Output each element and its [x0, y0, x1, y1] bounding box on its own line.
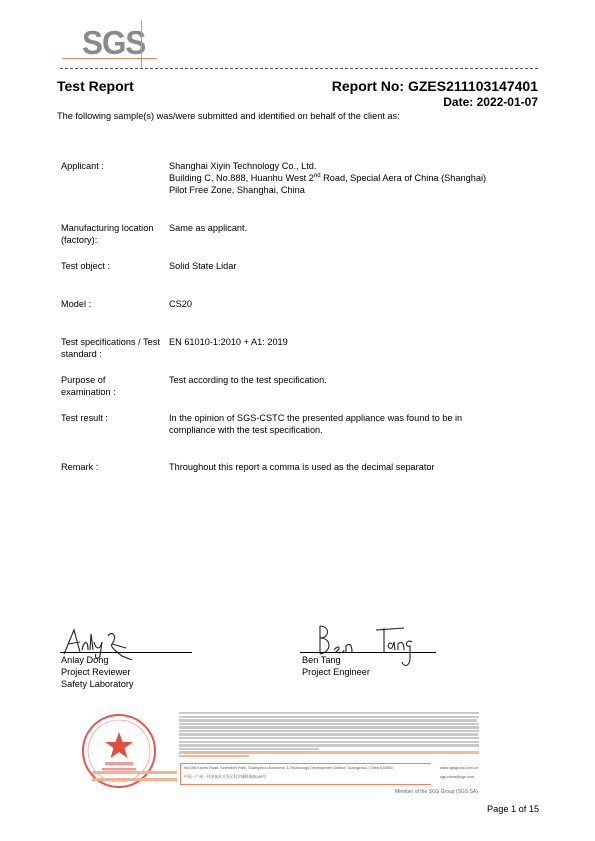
- applicant-value: Shanghai Xiyin Technology Co., Ltd. Buil…: [169, 160, 549, 196]
- legal-disclaimer: [179, 712, 479, 759]
- test-standard-value: EN 61010-1:2010 + A1: 2019: [169, 336, 549, 348]
- applicant-name: Shanghai Xiyin Technology Co., Ltd.: [169, 160, 549, 172]
- intro-text: The following sample(s) was/were submitt…: [57, 111, 400, 121]
- report-date: Date: 2022-01-07: [443, 95, 538, 109]
- applicant-label: Applicant :: [61, 160, 169, 172]
- engineer-block: Ben Tang Project Engineer: [302, 654, 370, 678]
- logo-vertical-line: [141, 20, 142, 68]
- email-link[interactable]: sgs.china@sgs.com: [440, 773, 478, 782]
- model-label: Model :: [61, 298, 169, 310]
- sgs-logo-text: SGS: [82, 24, 145, 62]
- reviewer-name: Anlay Dong: [61, 654, 134, 666]
- manufacturing-location-value: Same as applicant.: [169, 222, 549, 234]
- remark-value: Throughout this report a comma is used a…: [169, 461, 549, 473]
- reviewer-block: Anlay Dong Project Reviewer Safety Labor…: [61, 654, 134, 690]
- member-of-sgs-group: Member of the SGS Group (SGS SA): [395, 789, 478, 795]
- page-number: Page 1 of 15: [487, 804, 539, 814]
- test-object-value: Solid State Lidar: [169, 260, 549, 272]
- model-value: CS20: [169, 298, 549, 310]
- manufacturing-location-label: Manufacturing location (factory):: [61, 222, 169, 246]
- address-english: No.198 Kezhu Road, Scientech Park, Guang…: [181, 764, 431, 773]
- purpose-label: Purpose of examination :: [61, 374, 141, 398]
- remark-label: Remark :: [61, 461, 169, 473]
- engineer-title: Project Engineer: [302, 666, 370, 678]
- address-box: No.198 Kezhu Road, Scientech Park, Guang…: [180, 763, 431, 785]
- reviewer-department: Safety Laboratory: [61, 678, 134, 690]
- test-result-value: In the opinion of SGS-CSTC the presented…: [169, 412, 509, 436]
- website-link[interactable]: www.sgsgroup.com.cn: [440, 764, 478, 773]
- signature-line-reviewer: [60, 652, 192, 653]
- reviewer-title: Project Reviewer: [61, 666, 134, 678]
- test-result-label: Test result :: [61, 412, 169, 424]
- purpose-value: Test according to the test specification…: [169, 374, 549, 386]
- address-chinese: 中国・广州・经济技术开发区科学城科珠路198号: [181, 773, 431, 782]
- star-icon: [105, 732, 133, 758]
- applicant-address-line2: Pilot Free Zone, Shanghai, China: [169, 184, 549, 196]
- applicant-address: Building C, No.888, Huanhu West 2nd Road…: [169, 172, 549, 184]
- contact-info: www.sgsgroup.com.cn sgs.china@sgs.com: [440, 764, 478, 782]
- header-divider: [60, 68, 538, 69]
- test-object-label: Test object :: [61, 260, 169, 272]
- document-title: Test Report: [57, 78, 134, 94]
- signature-line-engineer: [300, 652, 436, 653]
- logo-horizontal-line: [62, 58, 157, 59]
- sgs-logo: SGS: [62, 18, 157, 68]
- stamp-caption: [92, 771, 177, 781]
- engineer-name: Ben Tang: [302, 654, 370, 666]
- report-number: Report No: GZES211103147401: [332, 78, 538, 94]
- test-standard-label: Test specifications / Test standard :: [61, 336, 161, 360]
